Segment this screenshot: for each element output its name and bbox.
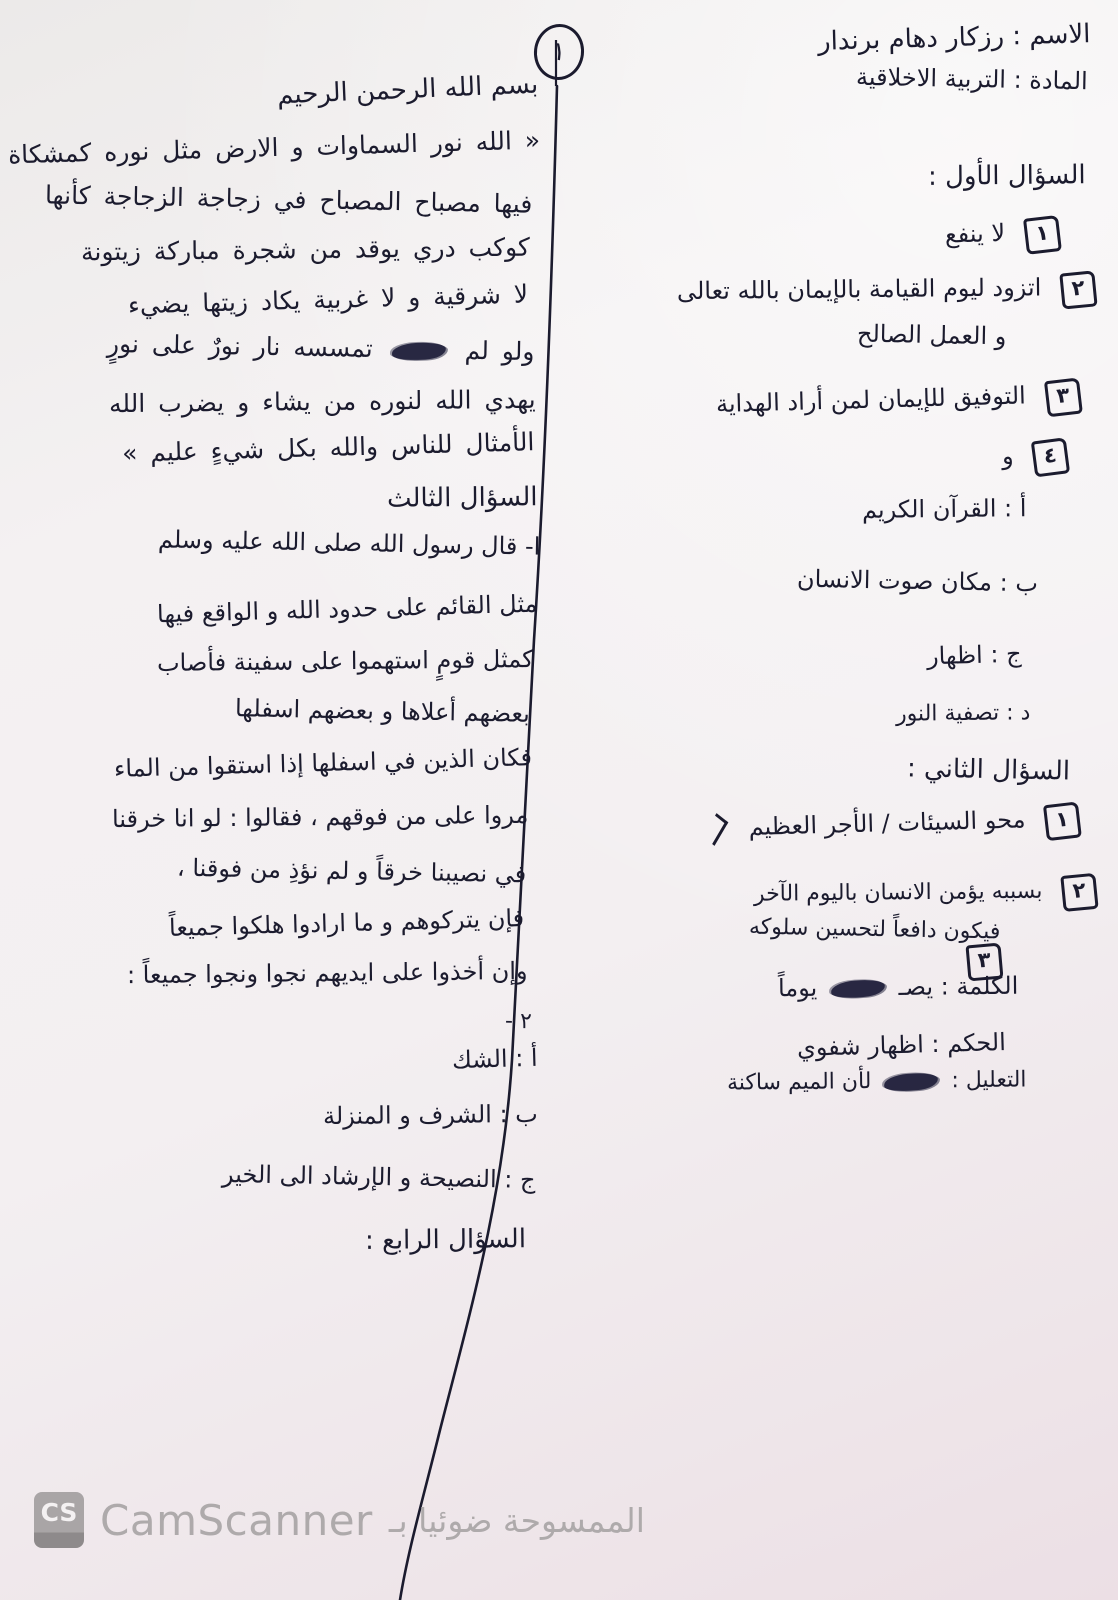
- answer-text: بسببه يؤمن الانسان باليوم الآخر: [754, 879, 1043, 907]
- verse-line: ولو لم تمسسه نار نورٌ على نورٍ: [106, 328, 534, 367]
- answer-number-box: ٢: [1059, 270, 1097, 310]
- verse-line: « الله نور السماوات و الارض مثل نوره كمش…: [7, 125, 540, 171]
- q1-answer-2-continued: و العمل الصالح: [856, 319, 1006, 352]
- scribbled-word: [391, 341, 446, 361]
- student-name-line: الاسم : رزكار دهام برندار: [817, 18, 1090, 58]
- answer-number-box: ٢: [1059, 873, 1097, 913]
- hadith-line: كمثل قومٍ استهموا على سفينة فأصاب: [157, 644, 534, 678]
- q1-answer-4: ٤ و: [1001, 439, 1069, 478]
- answer-text: محو السيئات / الأجر العظيم: [748, 805, 1026, 841]
- hadith-line: مثل القائم على حدود الله و الواقع فيها: [157, 589, 538, 630]
- hadith-line: بعضهم أعلاها و بعضهم اسفلها: [235, 693, 530, 729]
- scanned-with-text: الممسوحة ضوئيا بـ: [389, 1501, 645, 1540]
- answer-text: اتزود ليوم القيامة بالإيمان بالله تعالى: [677, 273, 1042, 305]
- verse-text: ولو لم: [464, 336, 534, 366]
- q1-item-d: د : تصفية النور: [895, 699, 1030, 728]
- answer-number-box: ١: [1023, 215, 1062, 255]
- word-label: الكلمة : يصـ: [898, 972, 1018, 1001]
- q3-item-c: ج : النصيحة و الإرشاد الى الخير: [222, 1159, 536, 1195]
- answer-number-box: ٣: [1043, 378, 1082, 418]
- scribbled-word: [830, 978, 885, 999]
- q1-answer-1: ١ لا ينفع: [945, 216, 1061, 255]
- q1-item-a: أ : القرآن الكريم: [861, 493, 1026, 525]
- q1-item-b: ب : مكان صوت الانسان: [797, 564, 1039, 599]
- verse-line: كوكب دري يوقد من شجرة مباركة زيتونة: [81, 232, 530, 268]
- scanned-exam-sheet: ١ الاسم : رزكار دهام برندار المادة : الت…: [0, 0, 1118, 1600]
- q3-item-b: ب : الشرف و المنزلة: [323, 1099, 538, 1131]
- question1-title: السؤال الأول :: [928, 159, 1086, 193]
- hadith-line: في نصيبنا خرقاً و لم نؤذِ من فوقنا ،: [176, 853, 526, 890]
- answer-text: التوفيق للإيمان لمن أراد الهداية: [715, 381, 1026, 418]
- q1-answer-3: ٣ التوفيق للإيمان لمن أراد الهداية: [715, 379, 1080, 425]
- q2-reason-line: التعليل : لأن الميم ساكنة: [726, 1066, 1026, 1097]
- verse-line: الأمثال للناس والله بكل شيءٍ عليم »: [121, 426, 534, 469]
- hadith-line: وإن أخذوا على ايديهم نجوا ونجوا جميعاً :: [127, 956, 528, 990]
- word-answer: يوماً: [778, 974, 818, 1002]
- reason-label: التعليل :: [951, 1067, 1026, 1093]
- q2-answer-2: ٢ بسببه يؤمن الانسان باليوم الآخر: [753, 874, 1096, 914]
- subject-line: المادة : التربية الاخلاقية: [856, 62, 1088, 96]
- hadith-intro: ا- قال رسول الله صلى الله عليه وسلم: [157, 524, 540, 561]
- page-number-badge: ١: [531, 21, 587, 83]
- scribbled-word: [883, 1071, 938, 1092]
- answer-text: لا ينفع: [945, 219, 1006, 249]
- hadith-line: فكان الذين في اسفلها إذا استقوا من الماء: [114, 742, 533, 784]
- answer-mark: و: [1001, 442, 1014, 470]
- camscanner-watermark: CS CamScanner الممسوحة ضوئيا بـ: [34, 1492, 645, 1548]
- question3-title: السؤال الثالث: [387, 481, 538, 515]
- q1-item-c: ج : اظهار: [927, 639, 1022, 672]
- check-mark: [703, 813, 729, 846]
- q2-word-line: الكلمة : يصـ يوماً: [778, 971, 1019, 1004]
- question2-title: السؤال الثاني :: [907, 752, 1071, 788]
- q2-answer-1: ١ محو السيئات / الأجر العظيم: [707, 803, 1080, 850]
- q2-answer-2-continued: فيكون دافعاً لتحسين سلوكه: [748, 914, 1000, 946]
- verse-text: تمسسه نار نورٌ على نورٍ: [106, 329, 372, 363]
- part2-marker: ٢ -: [505, 1008, 532, 1036]
- camscanner-brand-text: CamScanner: [100, 1496, 373, 1545]
- q3-item-a: أ : الشك: [452, 1043, 538, 1075]
- camscanner-logo-icon: CS: [34, 1492, 84, 1548]
- question4-title: السؤال الرابع :: [365, 1223, 526, 1257]
- q2-rule-line: الحكم : اظهار شفوي: [797, 1027, 1007, 1063]
- answer-number-box: ٤: [1031, 437, 1070, 477]
- basmala: بسم الله الرحمن الرحيم: [276, 69, 538, 112]
- verse-line: يهدي الله لنوره من يشاء و يضرب الله: [109, 384, 536, 420]
- verse-line: فيها مصباح المصباح في زجاجة الزجاجة كأنه…: [44, 179, 532, 220]
- hadith-line: مروا على من فوقهم ، فقالوا : لو انا خرقن…: [111, 800, 528, 834]
- verse-line: لا شرقية و لا غربية يكاد زيتها يضيء: [128, 278, 529, 320]
- hadith-line: فإن يتركوهم و ما ارادوا هلكوا جميعاً: [168, 903, 524, 943]
- q1-answer-2: ٢ اتزود ليوم القيامة بالإيمان بالله تعال…: [677, 272, 1096, 313]
- reason-text: لأن الميم ساكنة: [726, 1069, 871, 1096]
- answer-number-box: ١: [1043, 801, 1082, 841]
